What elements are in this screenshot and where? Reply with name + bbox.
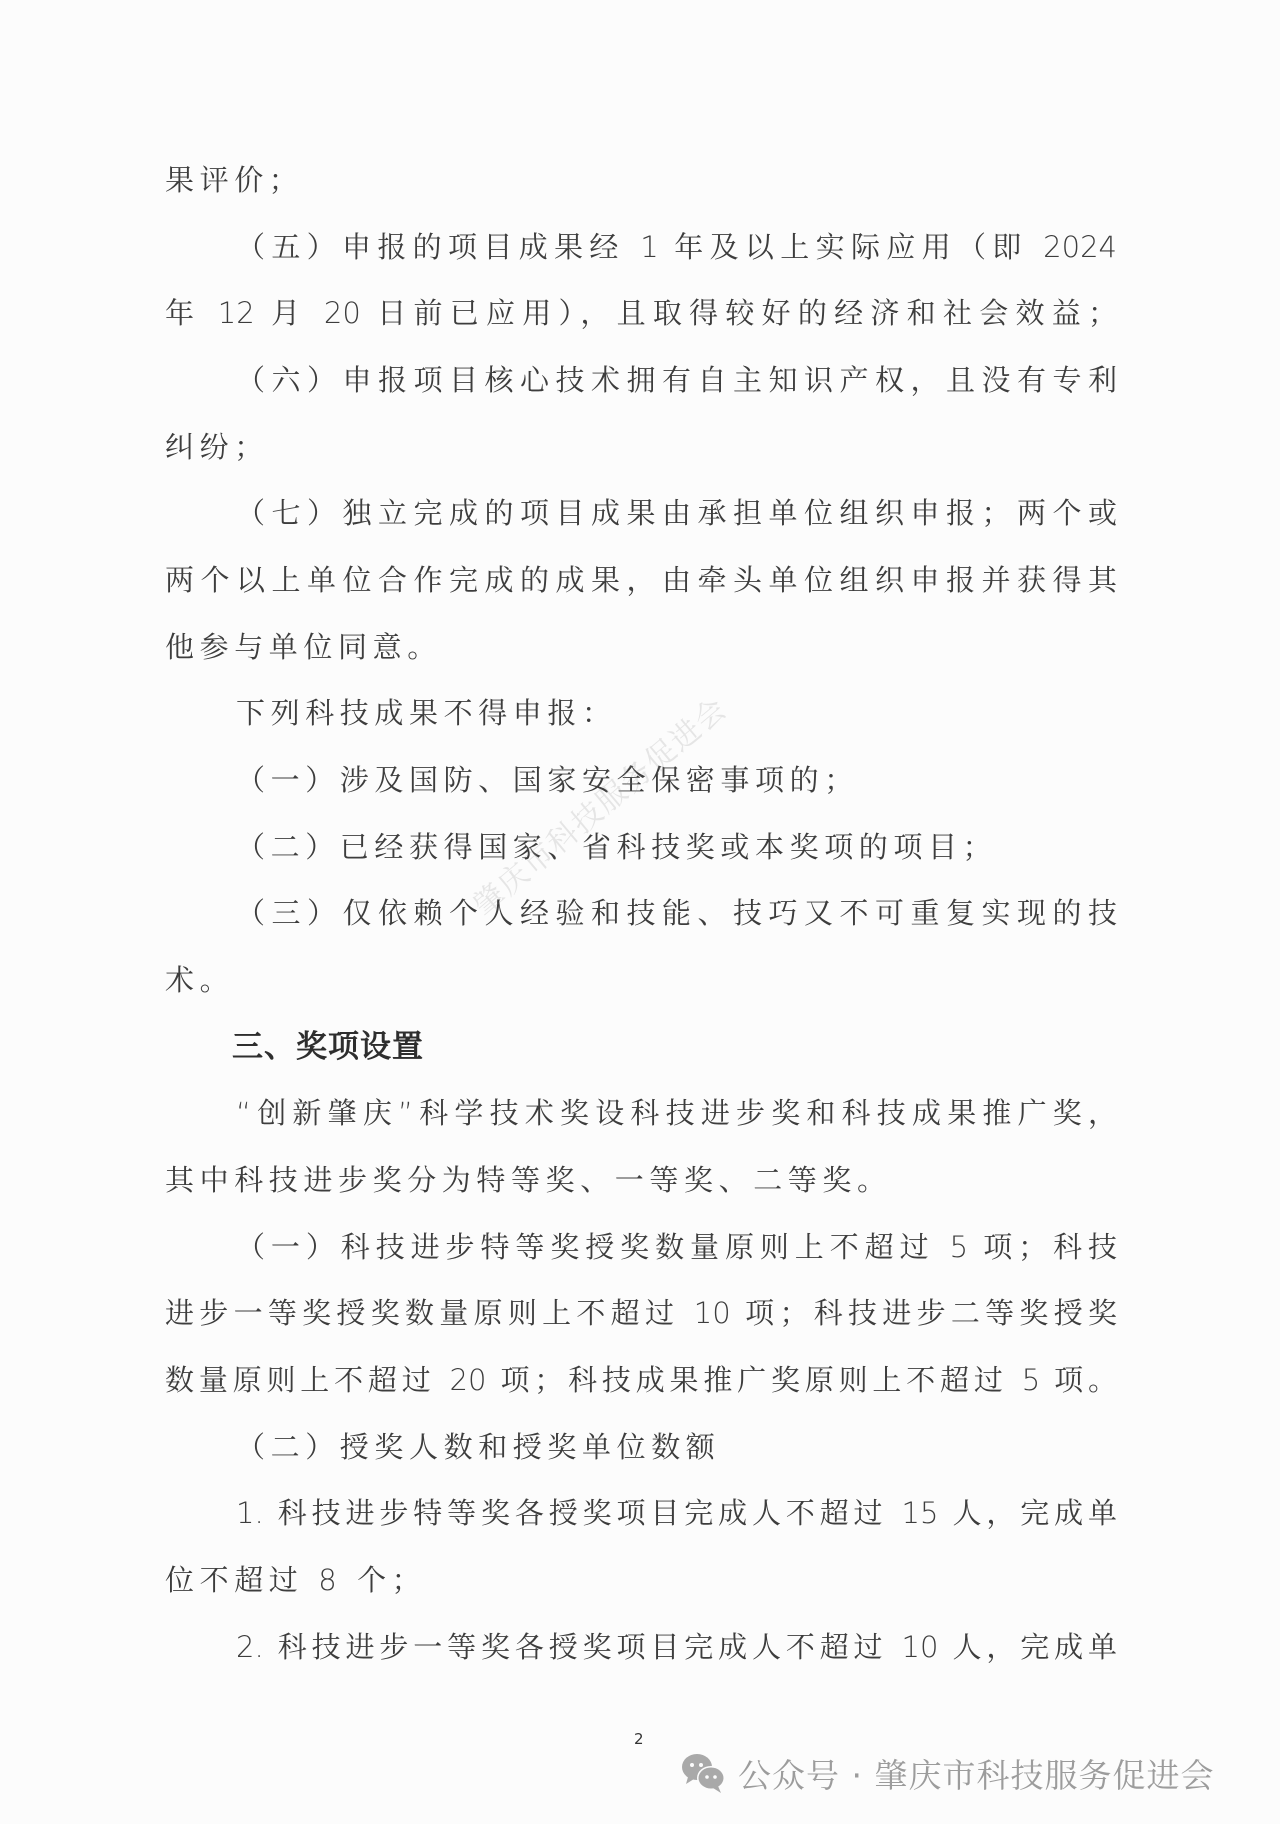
text-line: 两个以上单位合作完成的成果，由牵头单位组织申报并获得其 — [165, 560, 1117, 600]
wechat-account-footer[interactable]: 公众号 · 肇庆市科技服务促进会 — [680, 1750, 1214, 1796]
text-line: （一）科技进步特等奖授奖数量原则上不超过 5 项；科技 — [236, 1227, 1117, 1267]
section-heading: 三、奖项设置 — [232, 1027, 424, 1067]
text-line: （七）独立完成的项目成果由承担单位组织申报；两个或 — [236, 493, 1117, 533]
text-line: 1. 科技进步特等奖各授奖项目完成人不超过 15 人，完成单 — [236, 1493, 1117, 1533]
footer-label: 公众号 · 肇庆市科技服务促进会 — [738, 1750, 1214, 1797]
text-line: （五）申报的项目成果经 1 年及以上实际应用（即 2024 — [236, 227, 1117, 267]
text-line: 年 12 月 20 日前已应用），且取得较好的经济和社会效益； — [165, 293, 1117, 333]
text-line: 果评价； — [165, 160, 1117, 200]
text-line: 他参与单位同意。 — [165, 627, 1117, 667]
text-line: 纠纷； — [165, 427, 1117, 467]
text-line: 数量原则上不超过 20 项；科技成果推广奖原则上不超过 5 项。 — [165, 1360, 1117, 1400]
wechat-icon — [680, 1751, 728, 1795]
text-line: 其中科技进步奖分为特等奖、一等奖、二等奖。 — [165, 1160, 1117, 1200]
document-page: 果评价； （五）申报的项目成果经 1 年及以上实际应用（即 2024 年 12 … — [0, 0, 1280, 1824]
text-line: （二）授奖人数和授奖单位数额 — [236, 1427, 1117, 1467]
text-line: （二）已经获得国家、省科技奖或本奖项的项目； — [236, 827, 1117, 867]
text-line: 位不超过 8 个； — [165, 1560, 1117, 1600]
text-line: “创新肇庆”科学技术奖设科技进步奖和科技成果推广奖， — [236, 1093, 1117, 1133]
text-line: （六）申报项目核心技术拥有自主知识产权，且没有专利 — [236, 360, 1117, 400]
page-number: 2 — [634, 1730, 644, 1748]
text-line: 术。 — [165, 960, 1117, 1000]
text-line: 进步一等奖授奖数量原则上不超过 10 项；科技进步二等奖授奖 — [165, 1293, 1117, 1333]
text-line: （三）仅依赖个人经验和技能、技巧又不可重复实现的技 — [236, 893, 1117, 933]
text-line: 2. 科技进步一等奖各授奖项目完成人不超过 10 人，完成单 — [236, 1627, 1117, 1667]
